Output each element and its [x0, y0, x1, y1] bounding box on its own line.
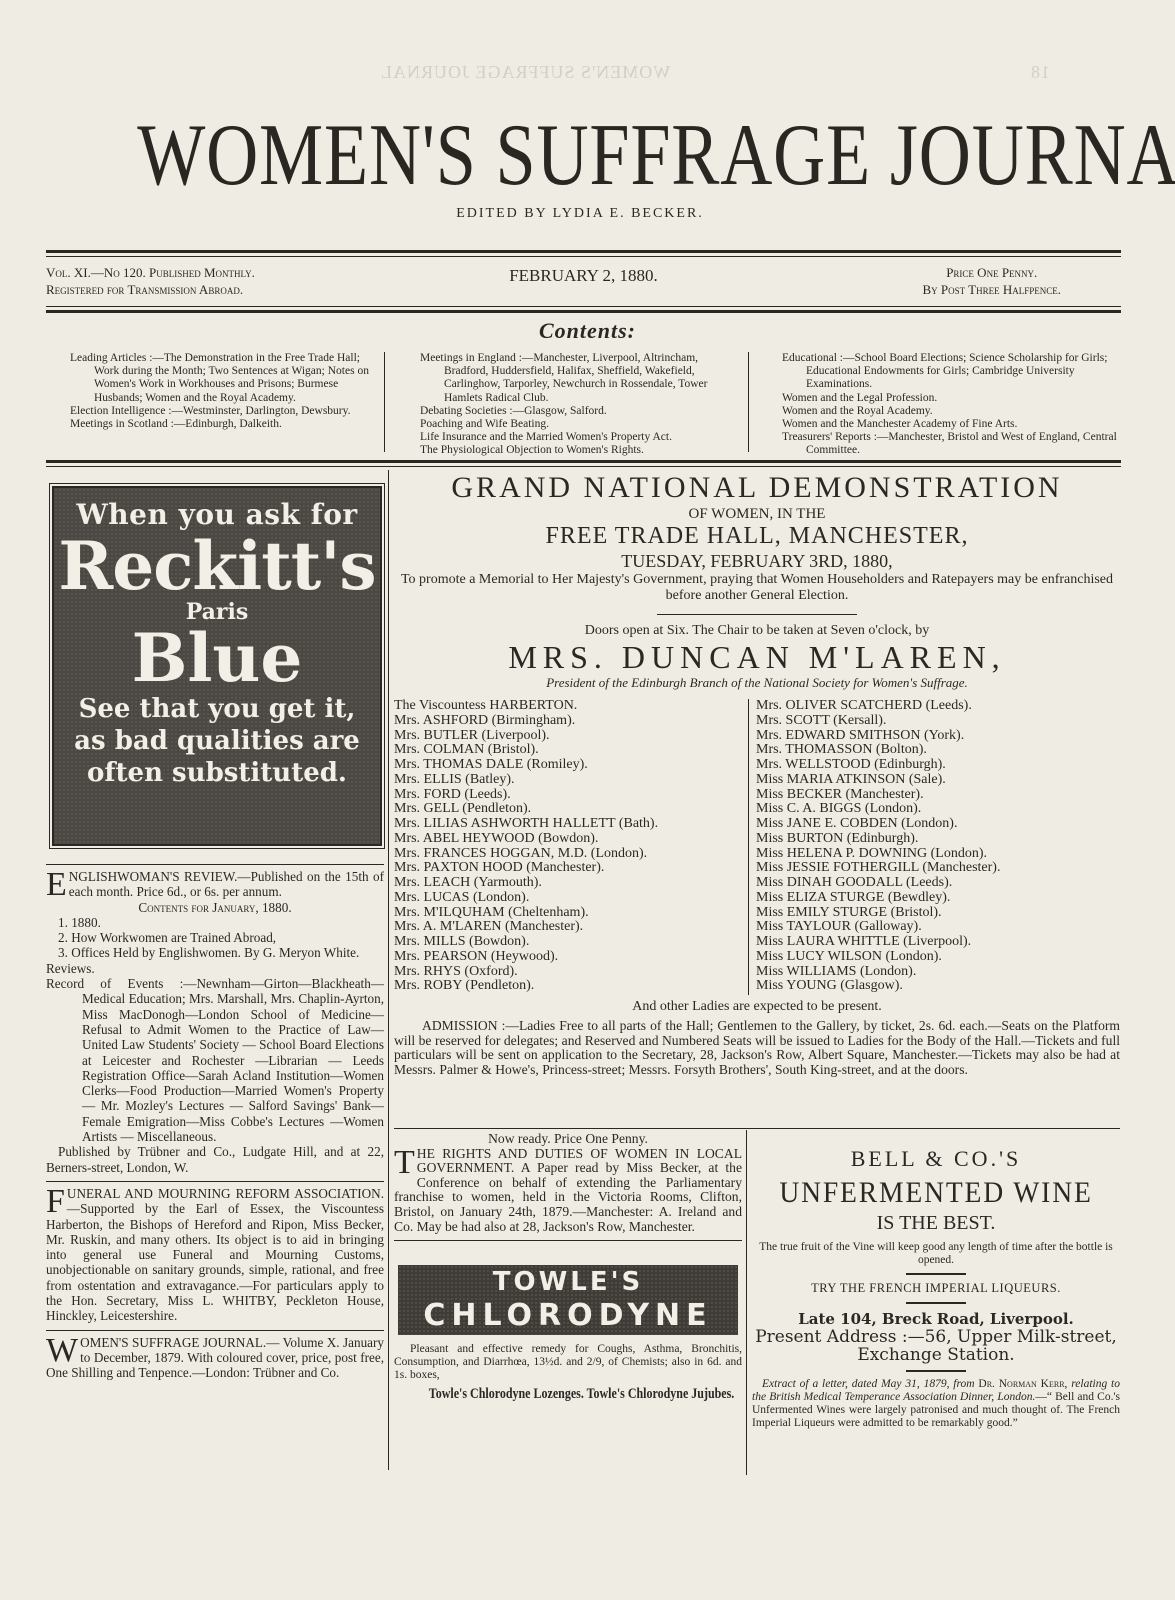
dropcap: F	[46, 1188, 65, 1216]
bell-product: UNFERMENTED WINE	[767, 1176, 1106, 1210]
lady-entry: Miss LAURA WHITTLE (Liverpool).	[756, 935, 1000, 950]
section-rule	[394, 1240, 742, 1241]
contents-entry: Treasurers' Reports :—Manchester, Bristo…	[782, 431, 1118, 457]
lady-entry: Miss WILLIAMS (London).	[756, 965, 1000, 980]
price-line: Price One Penny.	[923, 264, 1062, 281]
demonstration-subtitle: OF WOMEN, IN THE	[394, 506, 1120, 522]
contents-column-1: Leading Articles :—The Demonstration in …	[70, 352, 370, 431]
lady-entry: Miss DINAH GOODALL (Leeds).	[756, 876, 1000, 891]
funeral-reform-notice: F UNERAL AND MOURNING REFORM ASSOCIATION…	[46, 1186, 384, 1324]
ladies-list-left: The Viscountess HARBERTON. Mrs. ASHFORD …	[394, 699, 658, 994]
lady-entry: Mrs. EDWARD SMITHSON (York).	[756, 729, 1000, 744]
reckitt-brand: Reckitt's	[54, 531, 380, 601]
issue-price-block: Price One Penny. By Post Three Halfpence…	[923, 264, 1062, 298]
section-rule	[46, 1181, 384, 1182]
review-contents-title: Contents for January, 1880.	[46, 900, 384, 915]
reckitt-line: See that you get it,	[54, 693, 380, 725]
masthead: WOMEN'S SUFFRAGE JOURNAL. EDITED BY LYDI…	[40, 108, 1120, 222]
review-item: 3. Offices Held by Englishwomen. By G. M…	[46, 945, 384, 960]
reckitt-line: often substituted.	[54, 757, 380, 789]
admission-details: ADMISSION :—Ladies Free to all parts of …	[394, 1019, 1120, 1077]
reckitt-product: Blue	[54, 623, 380, 693]
column-divider	[388, 470, 389, 1470]
journal-title: WOMEN'S SUFFRAGE JOURNAL.	[137, 108, 1023, 204]
contents-entry: Women and the Manchester Academy of Fine…	[782, 418, 1118, 431]
lady-entry: Miss BURTON (Edinburgh).	[756, 832, 1000, 847]
notice-heading: UNERAL AND MOURNING REFORM ASSOCIATION.	[67, 1186, 384, 1201]
contents-divider	[748, 352, 749, 452]
demonstration-date: TUESDAY, FEBRUARY 3RD, 1880,	[394, 550, 1120, 572]
contents-rule-thin	[46, 466, 1121, 467]
contents-entry: Poaching and Wife Beating.	[420, 418, 738, 431]
editor-line: EDITED BY LYDIA E. BECKER.	[40, 206, 1120, 222]
bleed-through-page-number: 18	[1030, 62, 1050, 83]
contents-entry: Election Intelligence :—Westminster, Dar…	[70, 405, 370, 418]
lady-entry: Mrs. MILLS (Bowdon).	[394, 935, 658, 950]
contents-heading: Contents:	[0, 318, 1175, 344]
lady-entry: Mrs. LUCAS (London).	[394, 891, 658, 906]
notice-body: —Supported by the Earl of Essex, the Vis…	[46, 1201, 384, 1323]
masthead-rule-top	[46, 250, 1121, 253]
towle-footer: Towle's Chlorodyne Lozenges. Towle's Chl…	[429, 1386, 707, 1403]
lady-entry: Mrs. FORD (Leeds).	[394, 788, 658, 803]
ladies-list: The Viscountess HARBERTON. Mrs. ASHFORD …	[394, 699, 1120, 995]
englishwomans-review-notice: E NGLISHWOMAN'S REVIEW.—Published on the…	[46, 869, 384, 1175]
review-item: 1. 1880.	[46, 915, 384, 930]
section-rule	[394, 1128, 1120, 1129]
bell-late-address: Late 104, Breck Road, Liverpool.	[752, 1310, 1120, 1328]
lady-entry: Miss JESSIE FOTHERGILL (Manchester).	[756, 861, 1000, 876]
lady-entry: Miss TAYLOUR (Galloway).	[756, 920, 1000, 935]
ladies-list-divider	[748, 699, 749, 995]
demonstration-chair-title: President of the Edinburgh Branch of the…	[394, 675, 1120, 691]
dropcap: E	[46, 871, 67, 899]
lady-entry: Miss JANE E. COBDEN (London).	[756, 817, 1000, 832]
bell-testimonial: Extract of a letter, dated May 31, 1879,…	[752, 1378, 1120, 1430]
demonstration-venue: FREE TRADE HALL, MANCHESTER,	[394, 522, 1120, 550]
lady-entry: Mrs. A. M'LAREN (Manchester).	[394, 920, 658, 935]
lady-entry: Mrs. ABEL HEYWOOD (Bowdon).	[394, 832, 658, 847]
issue-rule-thick	[46, 310, 1121, 313]
bell-brand: BELL & CO.'S	[752, 1146, 1120, 1172]
column-divider	[746, 1130, 747, 1475]
lady-entry: Mrs. PAXTON HOOD (Manchester).	[394, 861, 658, 876]
section-rule	[906, 1302, 966, 1304]
notice-heading: OMEN'S SUFFRAGE JOURNAL.—	[80, 1335, 279, 1350]
lady-entry: Miss ELIZA STURGE (Bewdley).	[756, 891, 1000, 906]
demonstration-announcement: GRAND NATIONAL DEMONSTRATION OF WOMEN, I…	[394, 470, 1120, 1077]
journal-volume-notice: W OMEN'S SUFFRAGE JOURNAL.— Volume X. Ja…	[46, 1335, 384, 1381]
other-ladies-note: And other Ladies are expected to be pres…	[394, 999, 1120, 1015]
lady-entry: Miss BECKER (Manchester).	[756, 788, 1000, 803]
ladies-list-right: Mrs. OLIVER SCATCHERD (Leeds). Mrs. SCOT…	[756, 699, 1000, 994]
section-rule	[906, 1273, 966, 1275]
lady-entry: Mrs. SCOTT (Kersall).	[756, 714, 1000, 729]
section-rule	[46, 864, 384, 865]
now-ready-line: Now ready. Price One Penny.	[394, 1132, 742, 1147]
reckitts-blue-advertisement: When you ask for Reckitt's Paris Blue Se…	[52, 486, 382, 846]
lady-entry: Mrs. OLIVER SCATCHERD (Leeds).	[756, 699, 1000, 714]
contents-divider	[384, 352, 385, 452]
contents-entry: Women and the Royal Academy.	[782, 405, 1118, 418]
admission-text: ADMISSION :—Ladies Free to all parts of …	[394, 1019, 1120, 1077]
bell-present-address: Present Address :—56, Upper Milk-street,…	[752, 1328, 1120, 1364]
contents-entry: Educational :—School Board Elections; Sc…	[782, 352, 1118, 392]
letter-author: Dr. Norman Kerr,	[978, 1378, 1067, 1390]
demonstration-chair: MRS. DUNCAN M'LAREN,	[394, 639, 1120, 675]
bell-liqueurs: TRY THE FRENCH IMPERIAL LIQUEURS.	[752, 1281, 1120, 1296]
contents-column-2: Meetings in England :—Manchester, Liverp…	[420, 352, 738, 458]
section-rule	[657, 614, 857, 615]
contents-entry: Meetings in England :—Manchester, Liverp…	[420, 352, 738, 405]
masthead-rule-thin	[46, 256, 1121, 257]
lady-entry: Miss YOUNG (Glasgow).	[756, 979, 1000, 994]
lady-entry: Mrs. COLMAN (Bristol).	[394, 743, 658, 758]
journal-page: WOMEN'S SUFFRAGE JOURNAL 18 WOMEN'S SUFF…	[0, 0, 1175, 1600]
lady-entry: Mrs. M'ILQUHAM (Cheltenham).	[394, 906, 658, 921]
lady-entry: Mrs. THOMASSON (Bolton).	[756, 743, 1000, 758]
lady-entry: Mrs. THOMAS DALE (Romiley).	[394, 758, 658, 773]
lady-entry: Mrs. FRANCES HOGGAN, M.D. (London).	[394, 847, 658, 862]
contents-column-3: Educational :—School Board Elections; Sc…	[782, 352, 1118, 458]
bleed-through-title: WOMEN'S SUFFRAGE JOURNAL	[380, 62, 670, 83]
contents-entry: Leading Articles :—The Demonstration in …	[70, 352, 370, 405]
bell-wine-advertisement: BELL & CO.'S UNFERMENTED WINE IS THE BES…	[752, 1132, 1120, 1430]
section-rule	[906, 1370, 966, 1372]
demonstration-purpose: To promote a Memorial to Her Majesty's G…	[394, 572, 1120, 604]
lady-entry: Miss C. A. BIGGS (London).	[756, 802, 1000, 817]
contents-entry: Life Insurance and the Married Women's P…	[420, 431, 738, 444]
lady-entry: Mrs. BUTLER (Liverpool).	[394, 729, 658, 744]
lady-entry: Mrs. GELL (Pendleton).	[394, 802, 658, 817]
section-rule	[46, 1330, 384, 1331]
lady-entry: Miss EMILY STURGE (Bristol).	[756, 906, 1000, 921]
towle-description: Pleasant and effective remedy for Coughs…	[394, 1343, 742, 1382]
issue-rule-thin	[46, 306, 1121, 307]
towle-line: TOWLE'S	[398, 1265, 738, 1299]
lady-entry: Miss LUCY WILSON (London).	[756, 950, 1000, 965]
review-publisher: Published by Trübner and Co., Ludgate Hi…	[46, 1144, 384, 1175]
lady-entry: Mrs. PEARSON (Heywood).	[394, 950, 658, 965]
contents-rule-thick	[46, 460, 1121, 463]
lady-entry: The Viscountess HARBERTON.	[394, 699, 658, 714]
review-item: 2. How Workwomen are Trained Abroad,	[46, 930, 384, 945]
lady-entry: Mrs. RHYS (Oxford).	[394, 965, 658, 980]
demonstration-title: GRAND NATIONAL DEMONSTRATION	[394, 470, 1120, 506]
bell-claim: IS THE BEST.	[752, 1212, 1120, 1235]
bottom-middle-column: Now ready. Price One Penny. T HE RIGHTS …	[394, 1132, 742, 1403]
left-column: When you ask for Reckitt's Paris Blue Se…	[46, 478, 384, 1381]
reckitt-line: as bad qualities are	[54, 725, 380, 757]
bleed-through-header: WOMEN'S SUFFRAGE JOURNAL 18	[360, 62, 1120, 86]
review-reviews: Reviews.	[46, 961, 384, 976]
lady-entry: Mrs. WELLSTOOD (Edinburgh).	[756, 758, 1000, 773]
lady-entry: Mrs. ROBY (Pendleton).	[394, 979, 658, 994]
contents-entry: Meetings in Scotland :—Edinburgh, Dalkei…	[70, 418, 370, 431]
lady-entry: Mrs. ELLIS (Batley).	[394, 773, 658, 788]
lady-entry: Mrs. LILIAS ASHWORTH HALLETT (Bath).	[394, 817, 658, 832]
dropcap: W	[46, 1337, 78, 1365]
contents-table: Leading Articles :—The Demonstration in …	[46, 352, 1121, 454]
demonstration-doors: Doors open at Six. The Chair to be taken…	[394, 623, 1120, 639]
rights-and-duties-notice: Now ready. Price One Penny. T HE RIGHTS …	[394, 1132, 742, 1234]
dropcap: T	[394, 1149, 415, 1177]
lady-entry: Mrs. ASHFORD (Birmingham).	[394, 714, 658, 729]
reckitt-line: When you ask for	[54, 488, 380, 531]
contents-entry: Debating Societies :—Glasgow, Salford.	[420, 405, 738, 418]
letter-intro: Extract of a letter, dated May 31, 1879,…	[762, 1378, 975, 1390]
post-price-line: By Post Three Halfpence.	[923, 281, 1062, 298]
issue-info-row: Vol. XI.—No 120. Published Monthly. Regi…	[46, 264, 1121, 304]
towle-product: CHLORODYNE	[398, 1299, 738, 1333]
lady-entry: Mrs. LEACH (Yarmouth).	[394, 876, 658, 891]
bell-tagline: The true fruit of the Vine will keep goo…	[752, 1241, 1120, 1267]
notice-heading: NGLISHWOMAN'S REVIEW.	[69, 869, 238, 884]
lady-entry: Miss MARIA ATKINSON (Sale).	[756, 773, 1000, 788]
review-record-of-events: Record of Events :—Newnham—Girton—Blackh…	[46, 976, 384, 1144]
lady-entry: Miss HELENA P. DOWNING (London).	[756, 847, 1000, 862]
contents-entry: Women and the Legal Profession.	[782, 392, 1118, 405]
contents-entry: The Physiological Objection to Women's R…	[420, 444, 738, 457]
towles-chlorodyne-advertisement: TOWLE'S CHLORODYNE	[398, 1265, 738, 1335]
